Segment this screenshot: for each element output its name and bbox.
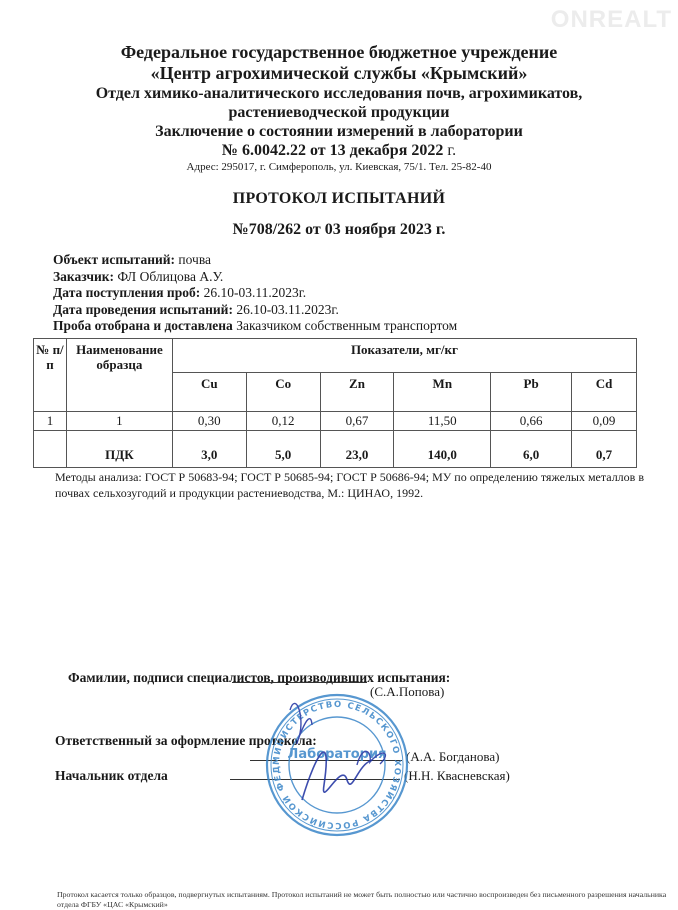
accreditation-title: Заключение о состоянии измерений в лабор… bbox=[0, 122, 678, 141]
info-value: ФЛ Облицова А.У. bbox=[114, 269, 223, 284]
cell-value: 0,09 bbox=[572, 412, 637, 431]
info-customer: Заказчик: ФЛ Облицова А.У. bbox=[53, 269, 457, 286]
organization-header: Федеральное государственное бюджетное уч… bbox=[0, 42, 678, 175]
accreditation-number: № 6.0042.22 от 13 декабря 2022 г. bbox=[0, 141, 678, 160]
info-label: Объект испытаний: bbox=[53, 252, 175, 267]
header-sample-name: Наименование образца bbox=[66, 339, 172, 412]
header-element: Mn bbox=[394, 373, 491, 412]
info-receipt-date: Дата поступления проб: 26.10-03.11.2023г… bbox=[53, 285, 457, 302]
protocol-number: №708/262 от 03 ноября 2023 г. bbox=[0, 220, 678, 240]
info-sampling: Проба отобрана и доставлена Заказчиком с… bbox=[53, 318, 457, 335]
head-label: Начальник отдела bbox=[55, 768, 168, 784]
cell-value: 0,67 bbox=[320, 412, 394, 431]
watermark-logo: ONREALT bbox=[551, 6, 672, 34]
signature-line bbox=[232, 682, 367, 683]
responsible-name: (А.А. Богданова) bbox=[406, 749, 499, 765]
org-name-line1: Федеральное государственное бюджетное уч… bbox=[0, 42, 678, 63]
info-test-date: Дата проведения испытаний: 26.10-03.11.2… bbox=[53, 302, 457, 319]
cell-pdk-value: 0,7 bbox=[572, 431, 637, 468]
head-name: (Н.Н. Квасневская) bbox=[404, 768, 510, 784]
header-element: Cu bbox=[172, 373, 246, 412]
accreditation-number-suffix: г. bbox=[443, 142, 456, 159]
results-table: № п/п Наименование образца Показатели, м… bbox=[33, 338, 637, 468]
accreditation-number-main: № 6.0042.22 от 13 декабря 2022 bbox=[222, 142, 443, 159]
cell-value: 0,66 bbox=[491, 412, 572, 431]
cell-value: 0,12 bbox=[246, 412, 320, 431]
official-stamp: МИНИСТЕРСТВО СЕЛЬСКОГО ХОЗЯЙСТВА РОССИЙС… bbox=[262, 690, 412, 840]
org-name-line2: «Центр агрохимической службы «Крымский» bbox=[0, 63, 678, 84]
cell-pdk-value: 23,0 bbox=[320, 431, 394, 468]
info-label: Дата проведения испытаний: bbox=[53, 302, 233, 317]
info-label: Дата поступления проб: bbox=[53, 285, 200, 300]
info-object: Объект испытаний: почва bbox=[53, 252, 457, 269]
info-label: Заказчик: bbox=[53, 269, 114, 284]
pdk-row: ПДК 3,0 5,0 23,0 140,0 6,0 0,7 bbox=[34, 431, 637, 468]
protocol-heading: ПРОТОКОЛ ИСПЫТАНИЙ №708/262 от 03 ноября… bbox=[0, 189, 678, 240]
header-element: Pb bbox=[491, 373, 572, 412]
header-number: № п/п bbox=[34, 339, 67, 412]
cell-pdk-value: 6,0 bbox=[491, 431, 572, 468]
cell-value: 0,30 bbox=[172, 412, 246, 431]
info-label: Проба отобрана и доставлена bbox=[53, 318, 233, 333]
header-element: Cd bbox=[572, 373, 637, 412]
test-info: Объект испытаний: почва Заказчик: ФЛ Обл… bbox=[53, 252, 457, 335]
protocol-title: ПРОТОКОЛ ИСПЫТАНИЙ bbox=[0, 189, 678, 209]
cell-pdk-value: 5,0 bbox=[246, 431, 320, 468]
header-element: Zn bbox=[320, 373, 394, 412]
cell-number: 1 bbox=[34, 412, 67, 431]
table-row: 1 1 0,30 0,12 0,67 11,50 0,66 0,09 bbox=[34, 412, 637, 431]
footer-disclaimer: Протокол касается только образцов, подве… bbox=[57, 890, 667, 910]
address: Адрес: 295017, г. Симферополь, ул. Киевс… bbox=[0, 160, 678, 175]
info-value: почва bbox=[175, 252, 211, 267]
cell-sample-name: 1 bbox=[66, 412, 172, 431]
info-value: 26.10-03.11.2023г. bbox=[200, 285, 306, 300]
analysis-methods: Методы анализа: ГОСТ Р 50683-94; ГОСТ Р … bbox=[55, 469, 645, 501]
cell-pdk-value: 3,0 bbox=[172, 431, 246, 468]
cell-value: 11,50 bbox=[394, 412, 491, 431]
department-line1: Отдел химико-аналитического исследования… bbox=[0, 84, 678, 103]
info-value: Заказчиком собственным транспортом bbox=[233, 318, 457, 333]
department-line2: растениеводческой продукции bbox=[0, 103, 678, 122]
cell-pdk-value: 140,0 bbox=[394, 431, 491, 468]
info-value: 26.10-03.11.2023г. bbox=[233, 302, 339, 317]
header-element: Co bbox=[246, 373, 320, 412]
header-indicators: Показатели, мг/кг bbox=[172, 339, 636, 373]
cell-pdk-label: ПДК bbox=[66, 431, 172, 468]
stamp-seal-icon: МИНИСТЕРСТВО СЕЛЬСКОГО ХОЗЯЙСТВА РОССИЙС… bbox=[262, 690, 412, 840]
cell-empty bbox=[34, 431, 67, 468]
